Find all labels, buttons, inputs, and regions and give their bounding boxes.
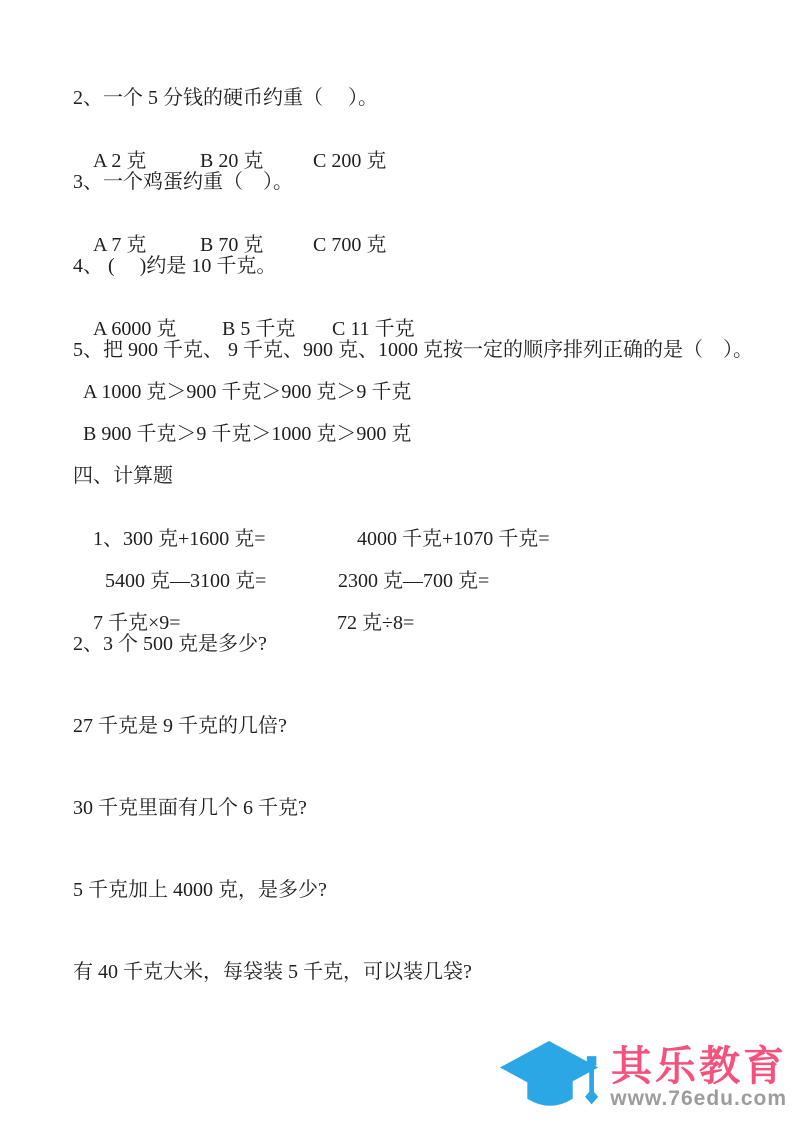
calc-3-left: 7 千克×9= xyxy=(93,613,337,634)
brand-watermark: 其乐教育 www.76edu.com xyxy=(498,1038,787,1114)
calc-row-3: 7 千克×9=72 克÷8= xyxy=(73,592,783,613)
graduation-cap-icon xyxy=(498,1038,602,1114)
question-3-options: A 7 克B 70 克C 700 克 xyxy=(73,214,783,235)
calc-row-1: 1、300 克+1600 克=4000 千克+1070 千克= xyxy=(73,508,783,529)
word-problem-2: 27 千克是 9 千克的几倍? xyxy=(73,716,783,737)
calc-3-right: 72 克÷8= xyxy=(337,612,414,634)
q4-option-b: B 5 千克 xyxy=(222,319,332,340)
q2-option-a: A 2 克 xyxy=(93,151,200,172)
word-problem-1: 2、3 个 500 克是多少? xyxy=(73,634,783,655)
question-4-options: A 6000 克B 5 千克C 11 千克 xyxy=(73,298,783,319)
brand-website: www.76edu.com xyxy=(610,1088,787,1109)
section-4-title: 四、计算题 xyxy=(73,466,783,487)
q2-option-b: B 20 克 xyxy=(200,151,313,172)
q4-option-a: A 6000 克 xyxy=(93,319,222,340)
calc-row-2: 5400 克—3100 克=2300 克—700 克= xyxy=(73,550,783,571)
question-2-options: A 2 克B 20 克C 200 克 xyxy=(73,130,783,151)
q2-option-c: C 200 克 xyxy=(313,151,386,172)
worksheet-body: 2、一个 5 分钱的硬币约重（ ）。 A 2 克B 20 克C 200 克 3、… xyxy=(73,88,783,983)
q3-option-b: B 70 克 xyxy=(200,235,313,256)
question-3-text: 3、一个鸡蛋约重（ ）。 xyxy=(73,172,783,193)
q5-option-b: B 900 千克＞9 千克＞1000 克＞900 克 xyxy=(73,424,783,445)
calc-2-right: 2300 克—700 克= xyxy=(338,570,489,592)
brand-name: 其乐教育 xyxy=(611,1044,787,1088)
question-5-text: 5、把 900 千克、 9 千克、900 克、1000 克按一定的顺序排列正确的… xyxy=(73,340,783,361)
q3-option-a: A 7 克 xyxy=(93,235,200,256)
word-problem-3: 30 千克里面有几个 6 千克? xyxy=(73,798,783,819)
calc-2-left: 5400 克—3100 克= xyxy=(105,571,338,592)
calc-1-right: 4000 千克+1070 千克= xyxy=(357,528,550,550)
question-2-text: 2、一个 5 分钱的硬币约重（ ）。 xyxy=(73,88,783,109)
q4-option-c: C 11 千克 xyxy=(332,319,415,340)
q5-option-a: A 1000 克＞900 千克＞900 克＞9 千克 xyxy=(73,382,783,403)
question-4-text: 4、 ( )约是 10 千克。 xyxy=(73,256,783,277)
brand-text-block: 其乐教育 www.76edu.com xyxy=(610,1044,787,1109)
word-problem-5: 有 40 千克大米，每袋装 5 千克，可以装几袋? xyxy=(73,962,783,983)
calc-1-left: 1、300 克+1600 克= xyxy=(93,529,357,550)
word-problem-4: 5 千克加上 4000 克，是多少? xyxy=(73,880,783,901)
q3-option-c: C 700 克 xyxy=(313,235,386,256)
